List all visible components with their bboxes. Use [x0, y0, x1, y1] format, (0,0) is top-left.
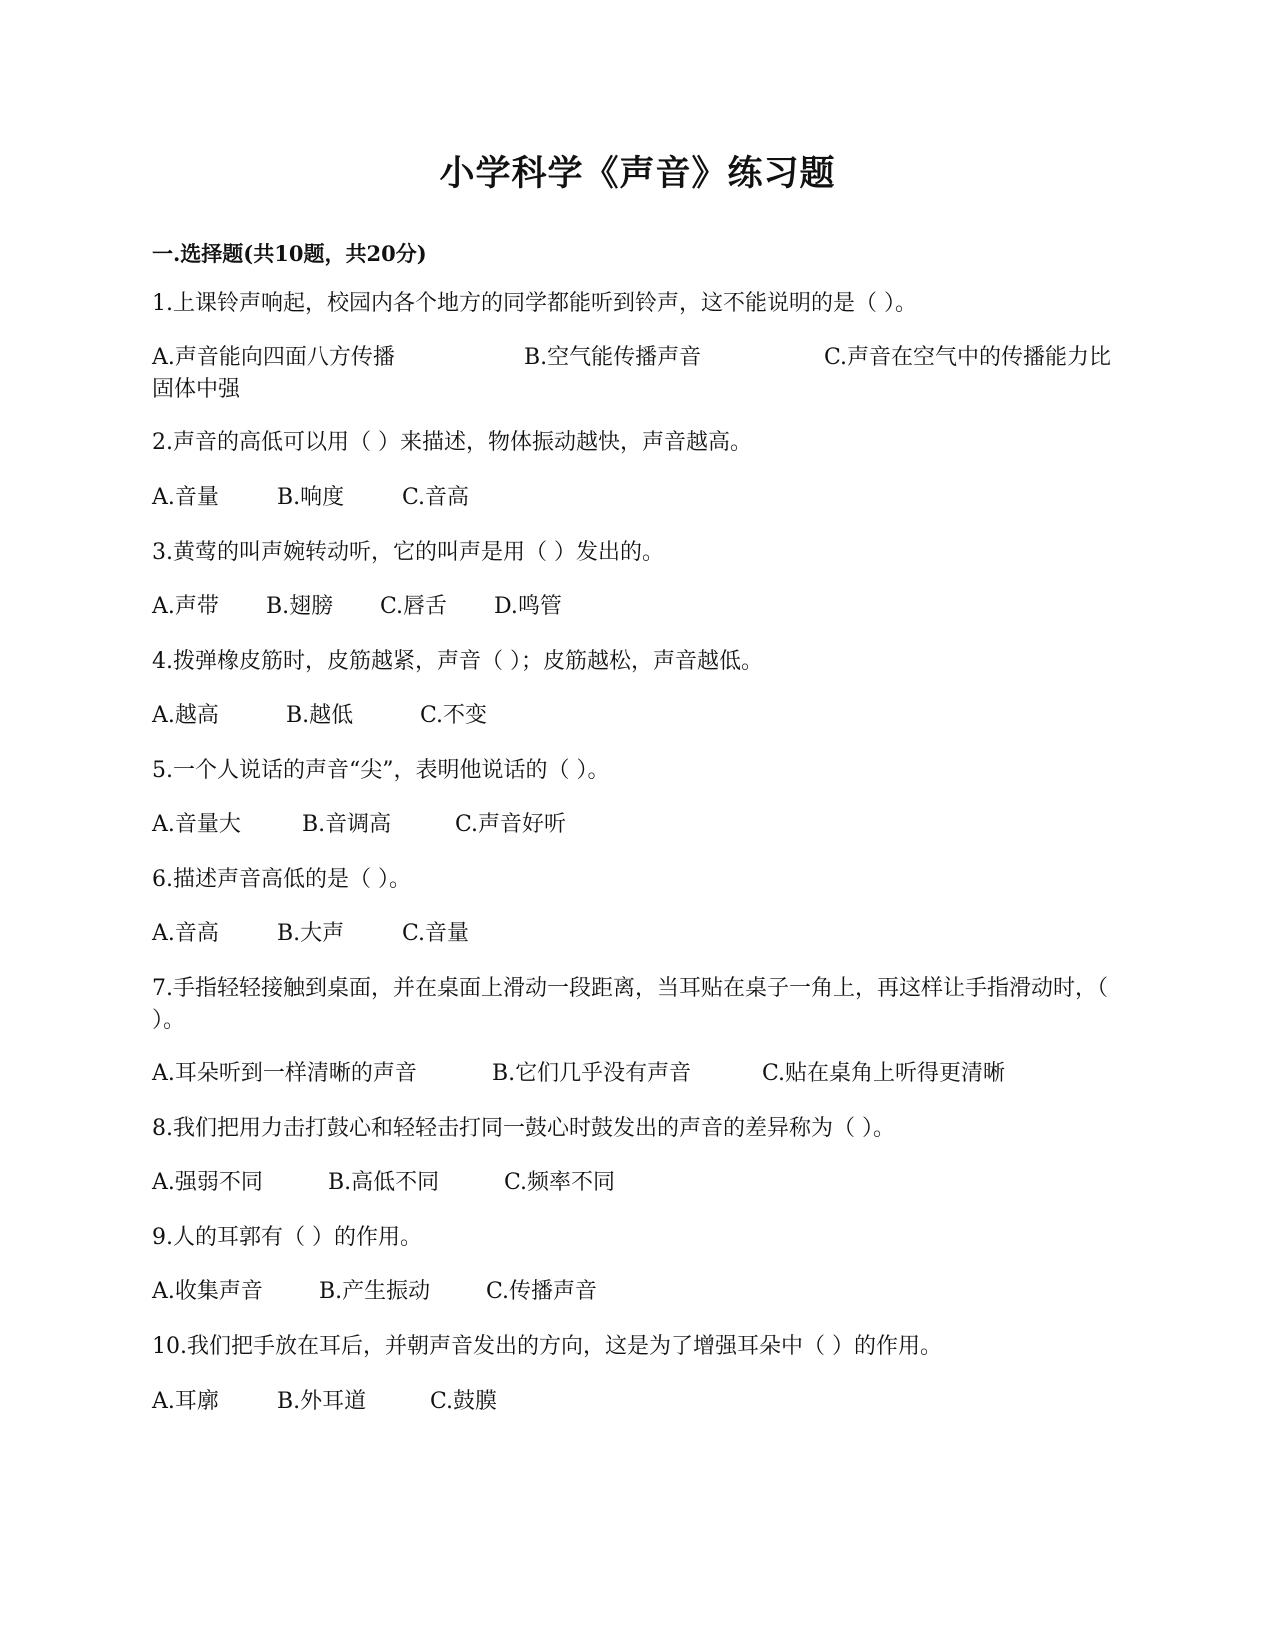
option-3b: B.翅膀 [266, 591, 380, 623]
option-3d: D.鸣管 [494, 591, 562, 623]
option-5b: B.音调高 [302, 809, 455, 841]
option-7a: A.耳朵听到一样清晰的声音 [152, 1058, 492, 1090]
option-10c: C.鼓膜 [430, 1386, 497, 1418]
option-1b: B.空气能传播声音 [524, 342, 824, 374]
option-8a: A.强弱不同 [152, 1167, 328, 1199]
option-8c: C.频率不同 [504, 1167, 615, 1199]
question-8: 8.我们把用力击打鼓心和轻轻击打同一鼓心时鼓发出的声音的差异称为（ ）。 [152, 1113, 1127, 1145]
option-6c: C.音量 [402, 918, 469, 950]
option-9b: B.产生振动 [319, 1276, 486, 1308]
question-1: 1.上课铃声响起，校园内各个地方的同学都能听到铃声，这不能说明的是（ ）。 [152, 288, 1127, 320]
option-6b: B.大声 [277, 918, 402, 950]
option-6a: A.音高 [152, 918, 277, 950]
options-7: A.耳朵听到一样清晰的声音B.它们几乎没有声音C.贴在桌角上听得更清晰 [152, 1058, 1127, 1090]
option-7c: C.贴在桌角上听得更清晰 [762, 1058, 1005, 1090]
option-1a: A.声音能向四面八方传播 [152, 342, 524, 374]
option-3c: C.唇舌 [380, 591, 494, 623]
options-8: A.强弱不同B.高低不同C.频率不同 [152, 1167, 1127, 1199]
question-5: 5.一个人说话的声音“尖”，表明他说话的（ ）。 [152, 755, 1127, 787]
options-3: A.声带B.翅膀C.唇舌D.鸣管 [152, 591, 1127, 623]
option-5a: A.音量大 [152, 809, 302, 841]
option-2b: B.响度 [277, 482, 402, 514]
option-2a: A.音量 [152, 482, 277, 514]
options-10: A.耳廓B.外耳道C.鼓膜 [152, 1386, 1127, 1418]
options-2: A.音量B.响度C.音高 [152, 482, 1127, 514]
option-4b: B.越低 [286, 700, 420, 732]
document-title: 小学科学《声音》练习题 [0, 146, 1275, 196]
section-heading: 一.选择题(共10题，共20分) [152, 238, 427, 268]
option-5c: C.声音好听 [455, 809, 566, 841]
option-7b: B.它们几乎没有声音 [492, 1058, 762, 1090]
question-10: 10.我们把手放在耳后，并朝声音发出的方向，这是为了增强耳朵中（ ）的作用。 [152, 1331, 1127, 1363]
options-6: A.音高B.大声C.音量 [152, 918, 1127, 950]
option-4a: A.越高 [152, 700, 286, 732]
option-10a: A.耳廓 [152, 1386, 277, 1418]
option-9c: C.传播声音 [486, 1276, 597, 1308]
question-7: 7.手指轻轻接触到桌面，并在桌面上滑动一段距离，当耳贴在桌子一角上，再这样让手指… [152, 973, 1127, 1037]
question-3: 3.黄莺的叫声婉转动听，它的叫声是用（ ）发出的。 [152, 537, 1127, 569]
options-4: A.越高B.越低C.不变 [152, 700, 1127, 732]
question-9: 9.人的耳郭有（ ）的作用。 [152, 1222, 1127, 1254]
question-2: 2.声音的高低可以用（ ）来描述，物体振动越快，声音越高。 [152, 427, 1127, 459]
options-9: A.收集声音B.产生振动C.传播声音 [152, 1276, 1127, 1308]
question-6: 6.描述声音高低的是（ ）。 [152, 864, 1127, 896]
option-9a: A.收集声音 [152, 1276, 319, 1308]
options-1: A.声音能向四面八方传播B.空气能传播声音C.声音在空气中的传播能力比固体中强 [152, 342, 1127, 406]
option-4c: C.不变 [420, 700, 487, 732]
option-8b: B.高低不同 [328, 1167, 504, 1199]
option-2c: C.音高 [402, 482, 469, 514]
option-3a: A.声带 [152, 591, 266, 623]
option-10b: B.外耳道 [277, 1386, 430, 1418]
options-5: A.音量大B.音调高C.声音好听 [152, 809, 1127, 841]
question-4: 4.拨弹橡皮筋时，皮筋越紧，声音（ ）；皮筋越松，声音越低。 [152, 646, 1127, 678]
